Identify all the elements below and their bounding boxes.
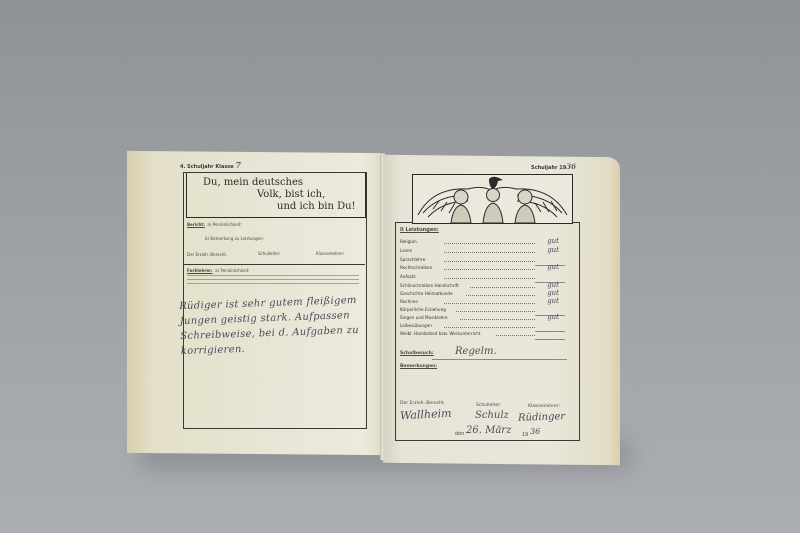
subject-row: Lesengut — [400, 248, 565, 257]
subject-grade: gut — [547, 237, 559, 245]
signature-teacher: Rüdinger — [518, 411, 565, 424]
right-header-label: Schuljahr 19 — [531, 165, 566, 171]
year-handwritten: 36 — [530, 427, 540, 436]
right-header: Schuljahr 1936 — [531, 162, 576, 171]
left-header-handwritten: 7 — [235, 160, 241, 170]
subject-grade: gut — [547, 313, 559, 321]
left-sig-label-principal: Schulleiter: — [258, 251, 281, 256]
conduct-line — [432, 359, 567, 360]
subject-name: Lesen — [400, 248, 412, 253]
subject-grade: gut — [547, 246, 559, 254]
subject-row: Aufsatz — [400, 274, 565, 283]
signature-principal: Schulz — [475, 410, 509, 421]
date-prefix: den — [455, 431, 464, 437]
subject-row: Religiongut — [400, 239, 565, 248]
subject-name: Rechtschreiben — [400, 265, 432, 270]
subject-name: Schönschreiben Handschrift — [400, 283, 459, 288]
subject-name: Rechnen — [400, 299, 418, 304]
handwritten-remark: Rüdiger ist sehr gutem fleißigem Jungen … — [179, 293, 360, 359]
subject-name: Singen und Musiklehre — [400, 315, 448, 320]
eagle-with-three-children-icon — [412, 174, 573, 224]
right-sig-label-principal: Schulleiter: — [476, 403, 501, 408]
subject-row: Rechtschreibengut — [400, 265, 565, 274]
subject-grade: gut — [547, 281, 559, 289]
subject-name: Aufsatz — [400, 274, 416, 279]
remarks-label: Bemerkungen: — [400, 364, 437, 369]
date-handwritten: 26. März — [466, 425, 511, 436]
section-a-label: Bericht: a) Persönlichkeit: — [187, 222, 242, 227]
section-a-sub2: b) Bemerkung zu Leistungen: — [205, 236, 264, 241]
left-header-label: 4. Schuljahr Klasse — [180, 164, 234, 170]
left-sig-label-teacher: Klassenlehrer: — [316, 251, 344, 256]
subject-name: Körperliche Erziehung — [400, 307, 446, 312]
conduct-value: Regelm. — [455, 346, 497, 357]
subject-name: Weibl. Handarbeit bzw. Werkunterricht — [400, 331, 481, 336]
subject-grade: gut — [547, 289, 559, 297]
grades-heading: II Leistungen: — [400, 227, 439, 233]
right-sig-label-teacher: Klassenlehrer: — [528, 404, 560, 409]
subject-name: Geschichte Heimatkunde — [400, 291, 453, 296]
subject-grade: gut — [547, 263, 559, 271]
subject-name: Religion — [400, 239, 417, 244]
left-divider — [183, 264, 365, 265]
report-booklet: 4. Schuljahr Klasse 7 Du, mein deutsches… — [0, 0, 800, 533]
subject-name: Sprachlehre — [400, 257, 425, 262]
year-prefix: 19 — [522, 432, 528, 438]
right-sig-label-guardian: Der Erzieh.-Berecht. — [400, 401, 445, 406]
left-sig-label-guardian: Der Erzieh.-Berecht. — [187, 252, 227, 257]
printed-fine-text — [187, 274, 359, 286]
subject-grade: gut — [547, 297, 559, 305]
right-header-handwritten: 36 — [566, 162, 576, 171]
signature-guardian: Wallheim — [400, 407, 452, 423]
subject-row: Weibl. Handarbeit bzw. Werkunterricht — [400, 331, 565, 340]
left-header: 4. Schuljahr Klasse 7 — [180, 160, 241, 170]
conduct-label: Schulbesuch: — [400, 351, 434, 356]
section-b-label: Fachlehrer: a) Persönlichkeit: — [187, 268, 250, 273]
subject-name: Leibesübungen — [400, 323, 432, 328]
